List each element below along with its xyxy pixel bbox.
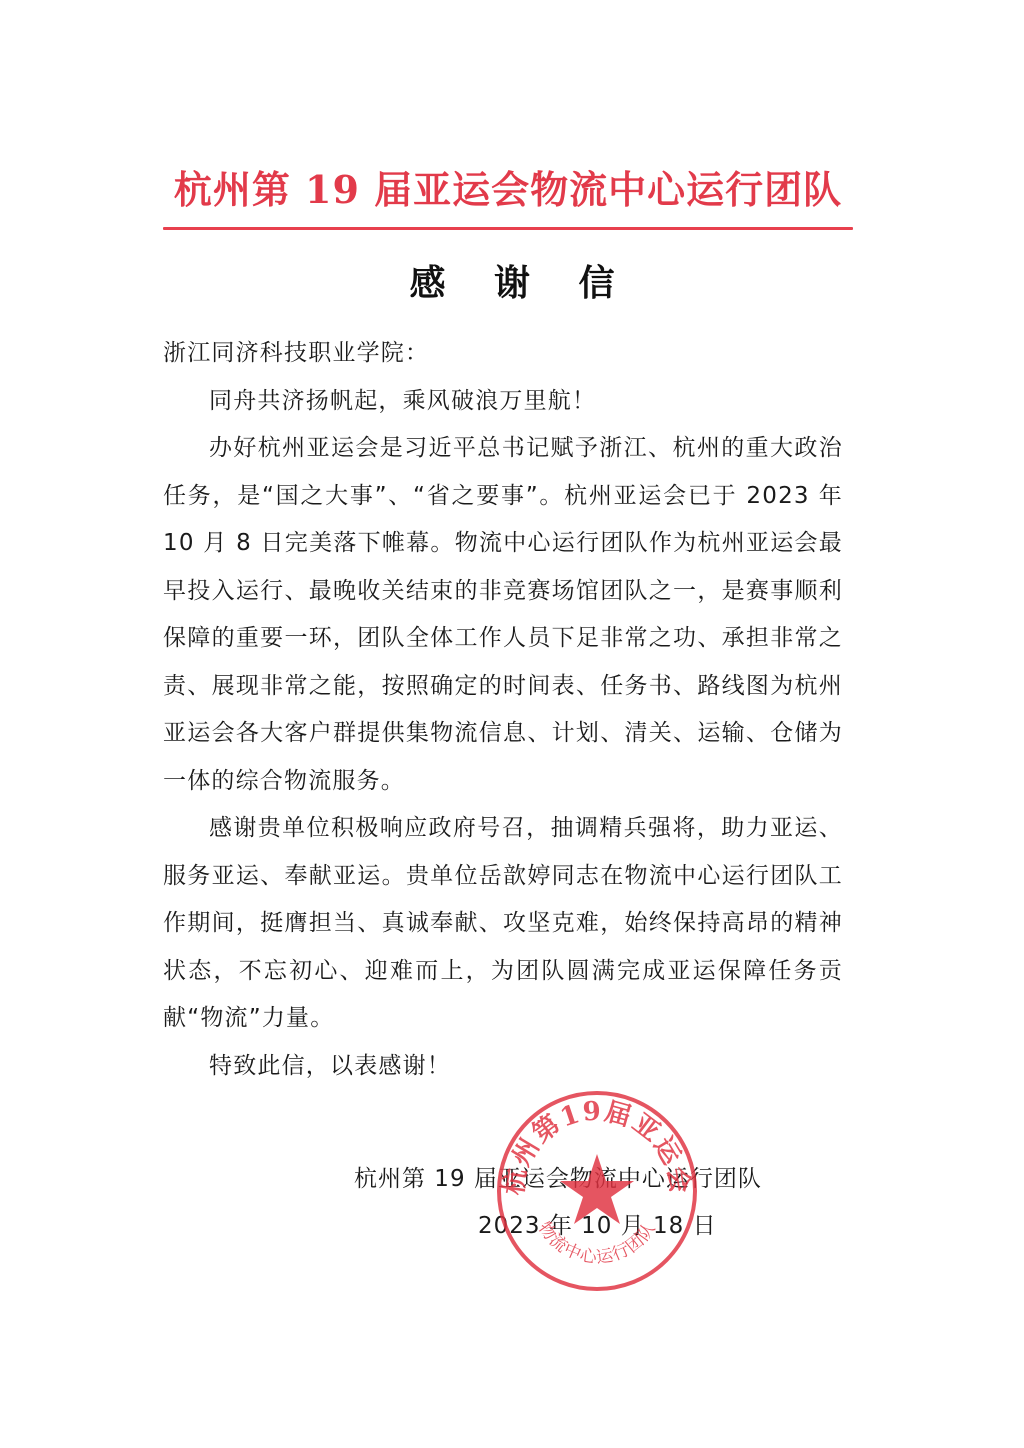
letter-page: 杭州第 19 届亚运会物流中心运行团队 感 谢 信 浙江同济科技职业学院： 同舟…: [0, 0, 1024, 1448]
salutation: 浙江同济科技职业学院：: [163, 330, 843, 378]
paragraph-background: 办好杭州亚运会是习近平总书记赋予浙江、杭州的重大政治任务，是“国之大事”、“省之…: [163, 425, 843, 805]
closing-line: 特致此信，以表感谢！: [163, 1043, 843, 1091]
signature-organization: 杭州第 19 届亚运会物流中心运行团队: [340, 1156, 810, 1203]
opening-line: 同舟共济扬帆起，乘风破浪万里航！: [163, 378, 843, 426]
letter-body: 浙江同济科技职业学院： 同舟共济扬帆起，乘风破浪万里航！ 办好杭州亚运会是习近平…: [163, 330, 843, 1090]
letterhead-divider: [163, 227, 853, 230]
letter-title: 感 谢 信: [0, 258, 1024, 308]
signature-block: 杭州第 19 届亚运会物流中心运行团队 2023 年 10 月 18 日: [340, 1156, 810, 1250]
signature-date: 2023 年 10 月 18 日: [340, 1203, 810, 1250]
paragraph-thanks: 感谢贵单位积极响应政府号召，抽调精兵强将，助力亚运、服务亚运、奉献亚运。贵单位岳…: [163, 805, 843, 1043]
letterhead-title: 杭州第 19 届亚运会物流中心运行团队: [163, 162, 853, 218]
